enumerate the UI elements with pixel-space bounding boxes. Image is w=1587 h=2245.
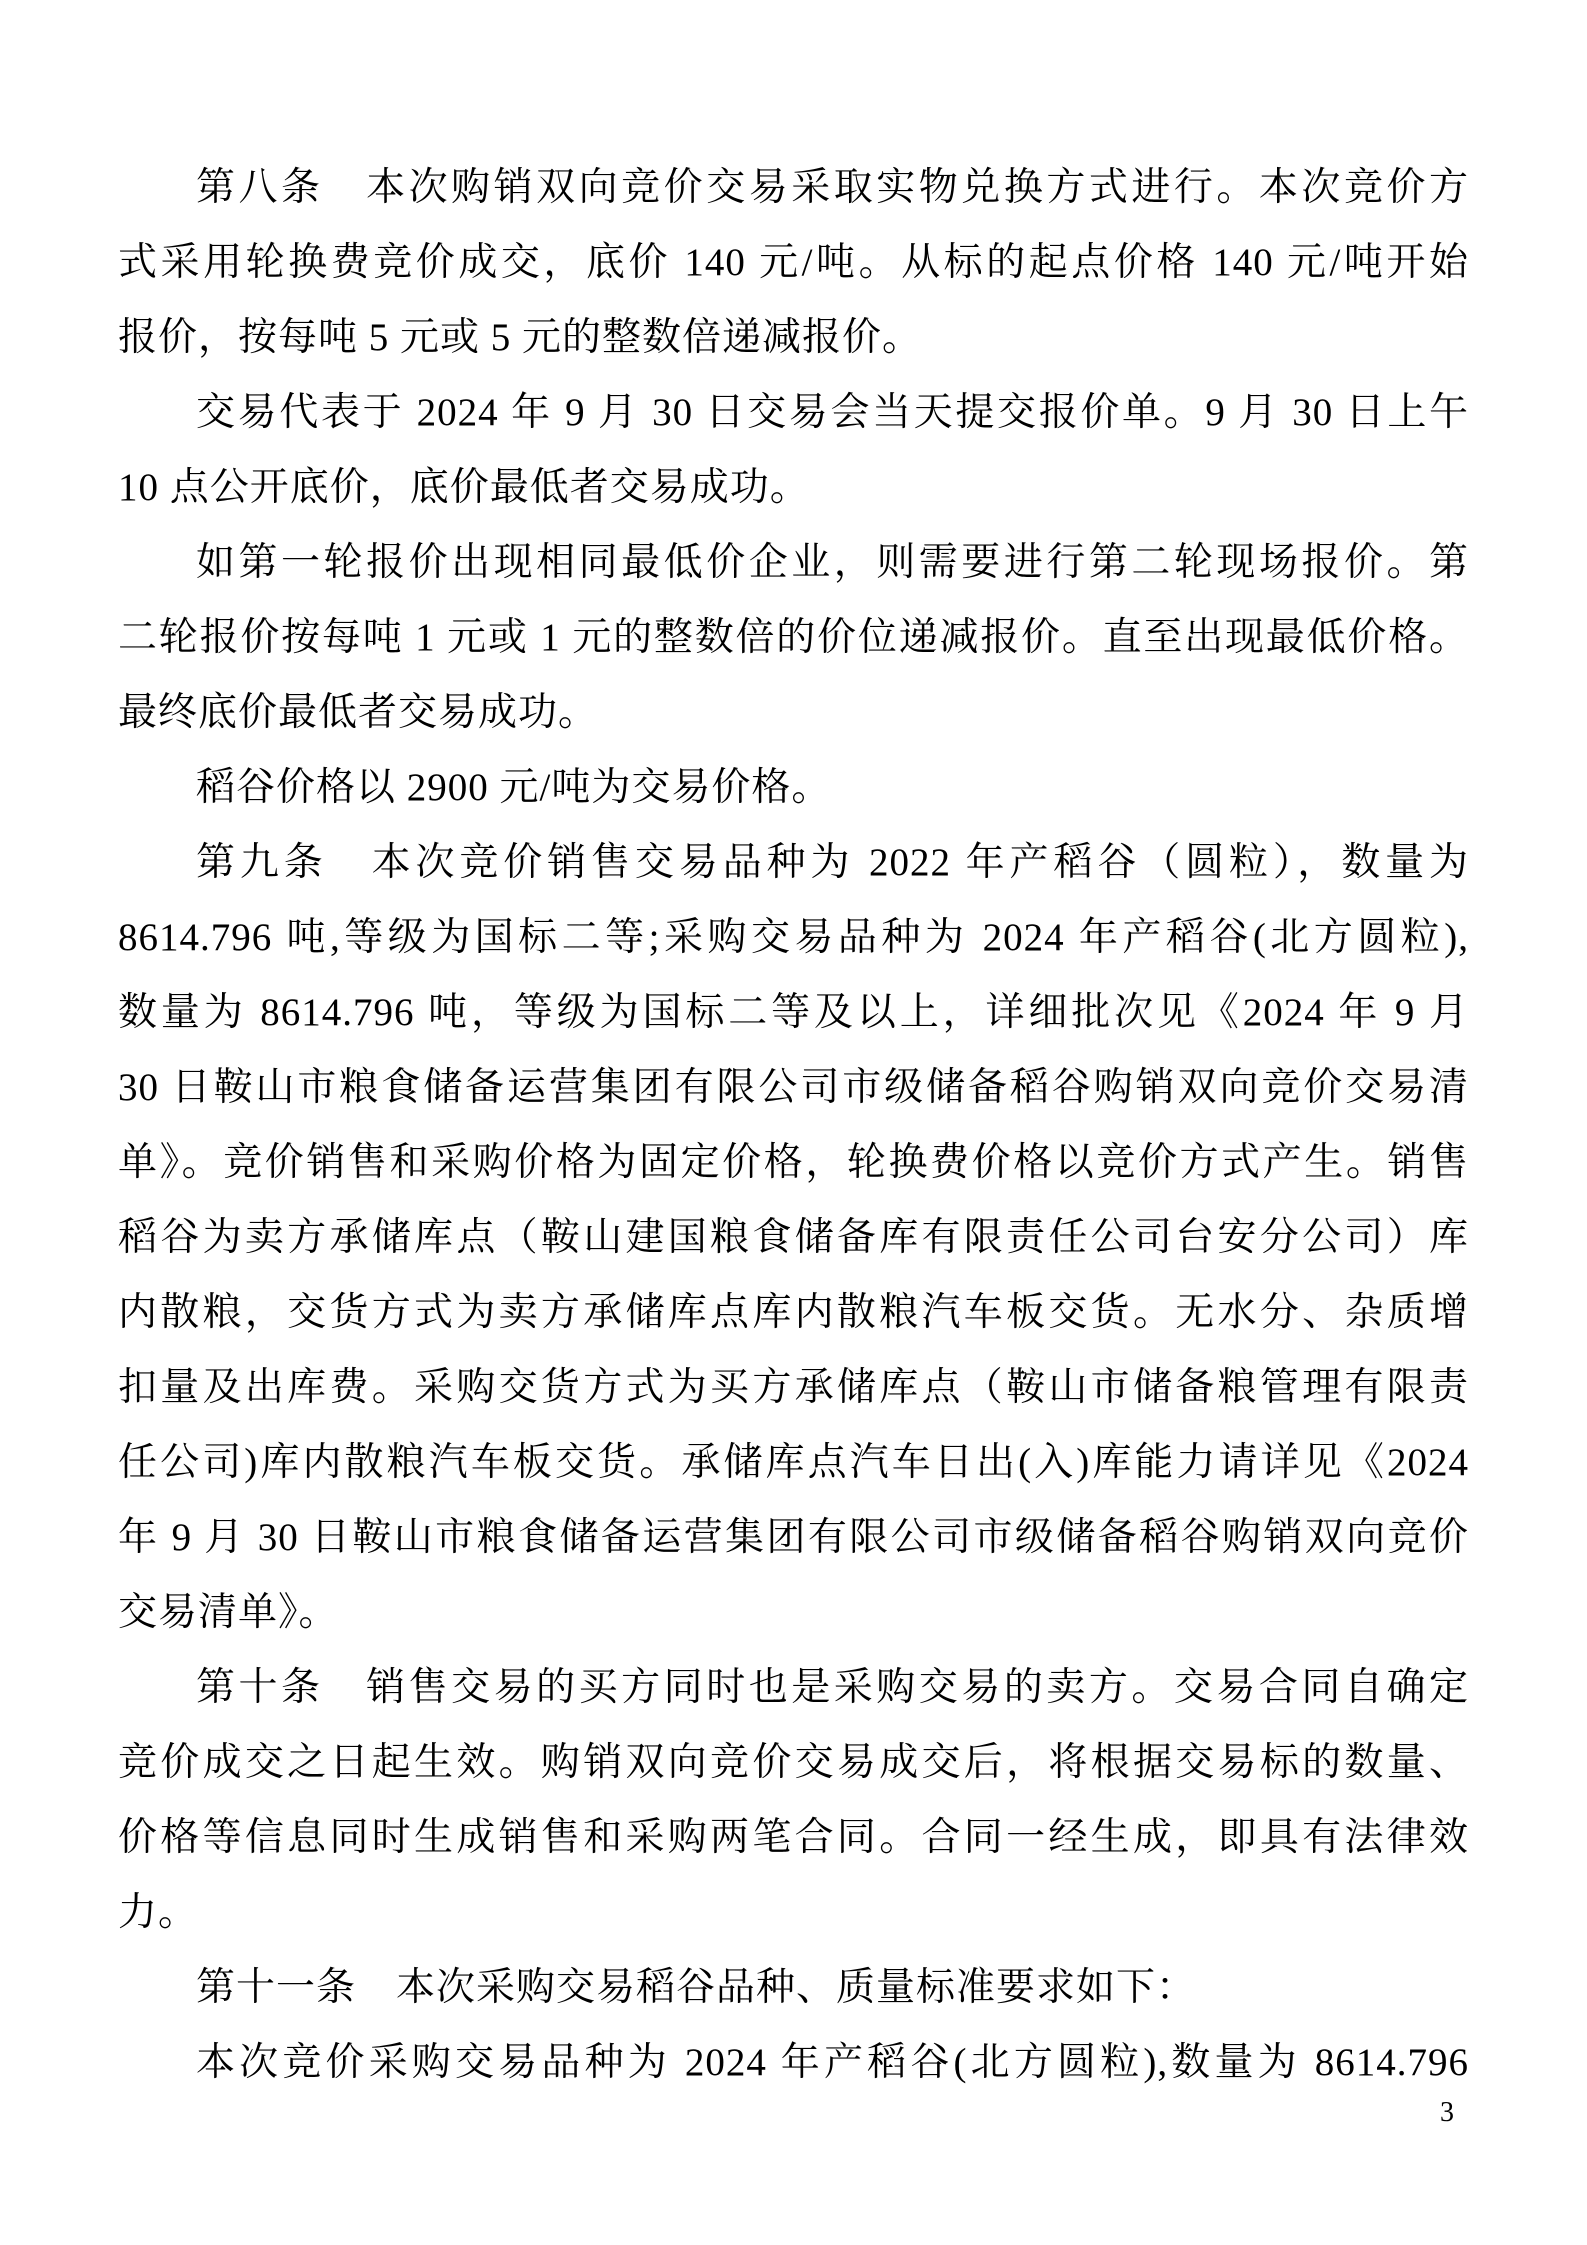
page-number: 3 <box>1440 2096 1454 2130</box>
text-line: 最终底价最低者交易成功。 <box>118 675 1469 750</box>
text-line: 稻谷为卖方承储库点（鞍山建国粮食储备库有限责任公司台安分公司）库 <box>118 1200 1469 1275</box>
text-line: 力。 <box>118 1875 1469 1950</box>
text-line: 10 点公开底价，底价最低者交易成功。 <box>118 450 1469 525</box>
text-line: 报价，按每吨 5 元或 5 元的整数倍递减报价。 <box>118 300 1469 375</box>
text-line: 如第一轮报价出现相同最低价企业，则需要进行第二轮现场报价。第 <box>118 525 1469 600</box>
text-line: 稻谷价格以 2900 元/吨为交易价格。 <box>118 750 1469 825</box>
text-line: 本次竞价采购交易品种为 2024 年产稻谷(北方圆粒),数量为 8614.796 <box>118 2025 1469 2100</box>
text-line: 第十条 销售交易的买方同时也是采购交易的卖方。交易合同自确定 <box>118 1650 1469 1725</box>
text-line: 8614.796 吨,等级为国标二等;采购交易品种为 2024 年产稻谷(北方圆… <box>118 900 1469 975</box>
text-line: 价格等信息同时生成销售和采购两笔合同。合同一经生成，即具有法律效 <box>118 1800 1469 1875</box>
text-line: 竞价成交之日起生效。购销双向竞价交易成交后，将根据交易标的数量、 <box>118 1725 1469 1800</box>
text-line: 单》。竞价销售和采购价格为固定价格，轮换费价格以竞价方式产生。销售 <box>118 1125 1469 1200</box>
text-line: 任公司)库内散粮汽车板交货。承储库点汽车日出(入)库能力请详见《2024 <box>118 1425 1469 1500</box>
text-line: 交易代表于 2024 年 9 月 30 日交易会当天提交报价单。9 月 30 日… <box>118 375 1469 450</box>
text-line: 第十一条 本次采购交易稻谷品种、质量标准要求如下： <box>118 1950 1469 2025</box>
text-line: 二轮报价按每吨 1 元或 1 元的整数倍的价位递减报价。直至出现最低价格。 <box>118 600 1469 675</box>
document-body: 第八条 本次购销双向竞价交易采取实物兑换方式进行。本次竞价方式采用轮换费竞价成交… <box>118 150 1469 2100</box>
text-line: 数量为 8614.796 吨，等级为国标二等及以上，详细批次见《2024 年 9… <box>118 975 1469 1050</box>
text-line: 第八条 本次购销双向竞价交易采取实物兑换方式进行。本次竞价方 <box>118 150 1469 225</box>
text-line: 内散粮，交货方式为卖方承储库点库内散粮汽车板交货。无水分、杂质增 <box>118 1275 1469 1350</box>
text-line: 30 日鞍山市粮食储备运营集团有限公司市级储备稻谷购销双向竞价交易清 <box>118 1050 1469 1125</box>
text-line: 年 9 月 30 日鞍山市粮食储备运营集团有限公司市级储备稻谷购销双向竞价 <box>118 1500 1469 1575</box>
text-line: 第九条 本次竞价销售交易品种为 2022 年产稻谷（圆粒），数量为 <box>118 825 1469 900</box>
text-line: 交易清单》。 <box>118 1575 1469 1650</box>
text-line: 扣量及出库费。采购交货方式为买方承储库点（鞍山市储备粮管理有限责 <box>118 1350 1469 1425</box>
document-page: 第八条 本次购销双向竞价交易采取实物兑换方式进行。本次竞价方式采用轮换费竞价成交… <box>0 0 1587 2245</box>
text-line: 式采用轮换费竞价成交，底价 140 元/吨。从标的起点价格 140 元/吨开始 <box>118 225 1469 300</box>
